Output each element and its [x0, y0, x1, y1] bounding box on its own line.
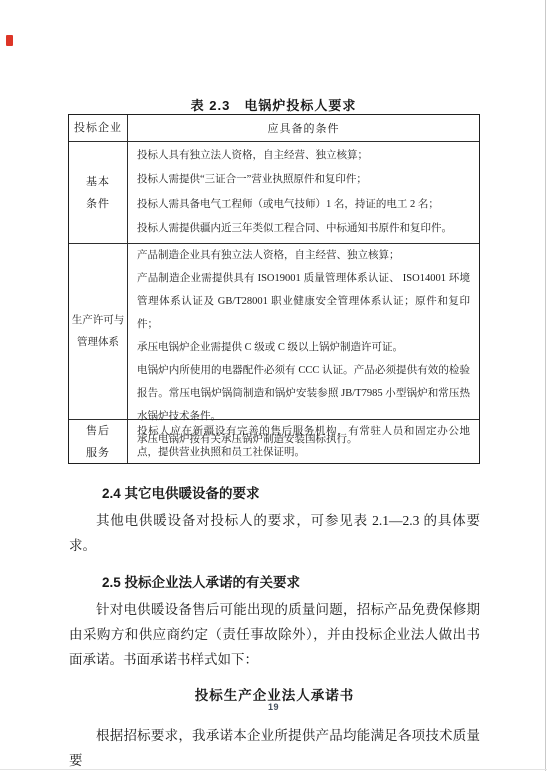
header-col-company: 投标企业	[69, 115, 128, 141]
row-label-line: 生产许可与	[72, 310, 125, 332]
page-right-edge-line	[545, 0, 546, 771]
row-label-basic: 基本 条件	[69, 142, 128, 243]
requirement-item: 投标人应在新疆设有完善的售后服务机构，有常驻人员和固定办公地点，提供营业执照和员…	[137, 421, 470, 463]
row-content-basic: 投标人具有独立法人资格，自主经营、独立核算； 投标人需提供“三证合一”营业执照原…	[128, 142, 479, 243]
requirement-item: 投标人需具备电气工程师（或电气技师）1 名，持证的电工 2 名；	[137, 194, 470, 216]
table-caption: 表 2.3 电锅炉投标人要求	[0, 95, 547, 114]
requirement-item: 产品制造企业需提供具有 ISO19001 质量管理体系认证、 ISO14001 …	[137, 267, 470, 336]
row-label-line: 基本	[86, 171, 110, 193]
requirement-item: 投标人需提供疆内近三年类似工程合同、中标通知书原件和复印件。	[137, 218, 470, 240]
document-body: 2.4 其它电供暖设备的要求 其他电供暖设备对投标人的要求，可参见表 2.1—2…	[69, 483, 480, 771]
requirement-item: 投标人具有独立法人资格，自主经营、独立核算；	[137, 145, 470, 167]
table-row-after-sales: 售后 服务 投标人应在新疆设有完善的售后服务机构，有常驻人员和固定办公地点，提供…	[69, 419, 479, 463]
table-row-basic-conditions: 基本 条件 投标人具有独立法人资格，自主经营、独立核算； 投标人需提供“三证合一…	[69, 141, 479, 243]
table-row-license-system: 生产许可与 管理体系 产品制造企业具有独立法人资格，自主经营、独立核算； 产品制…	[69, 243, 479, 419]
document-page: 表 2.3 电锅炉投标人要求 投标企业 应具备的条件 基本 条件 投标人具有独立…	[0, 0, 547, 771]
letter-paragraph: 根据招标要求，我承诺本企业所提供产品均能满足各项技术质量要	[69, 723, 480, 771]
requirements-table: 投标企业 应具备的条件 基本 条件 投标人具有独立法人资格，自主经营、独立核算；…	[68, 114, 480, 464]
row-content-service: 投标人应在新疆设有完善的售后服务机构，有常驻人员和固定办公地点，提供营业执照和员…	[128, 420, 479, 463]
section-paragraph-2-4: 其他电供暖设备对投标人的要求，可参见表 2.1—2.3 的具体要求。	[69, 508, 480, 558]
row-content-license: 产品制造企业具有独立法人资格，自主经营、独立核算； 产品制造企业需提供具有 IS…	[128, 244, 479, 419]
row-label-service: 售后 服务	[69, 420, 128, 463]
row-label-line: 服务	[86, 442, 110, 464]
row-label-line: 售后	[86, 420, 110, 442]
section-heading-2-4: 2.4 其它电供暖设备的要求	[102, 483, 480, 504]
requirement-item: 产品制造企业具有独立法人资格，自主经营、独立核算；	[137, 244, 470, 267]
section-heading-2-5: 2.5 投标企业法人承诺的有关要求	[102, 572, 480, 593]
row-label-license: 生产许可与 管理体系	[69, 244, 128, 419]
requirement-item: 承压电锅炉企业需提供 C 级或 C 级以上锅炉制造许可证。	[137, 336, 470, 359]
table-header-row: 投标企业 应具备的条件	[69, 115, 479, 141]
page-number: 19	[0, 702, 547, 712]
header-col-conditions: 应具备的条件	[128, 115, 479, 141]
requirement-item: 电锅炉内所使用的电器配件必须有 CCC 认证。产品必须提供有效的检验报告。常压电…	[137, 359, 470, 428]
requirement-item: 投标人需提供“三证合一”营业执照原件和复印件；	[137, 169, 470, 191]
row-label-line: 管理体系	[77, 332, 119, 354]
red-mark-icon	[6, 35, 13, 46]
row-label-line: 条件	[86, 193, 110, 215]
section-paragraph-2-5: 针对电供暖设备售后可能出现的质量问题，招标产品免费保修期由采购方和供应商约定（责…	[69, 597, 480, 672]
